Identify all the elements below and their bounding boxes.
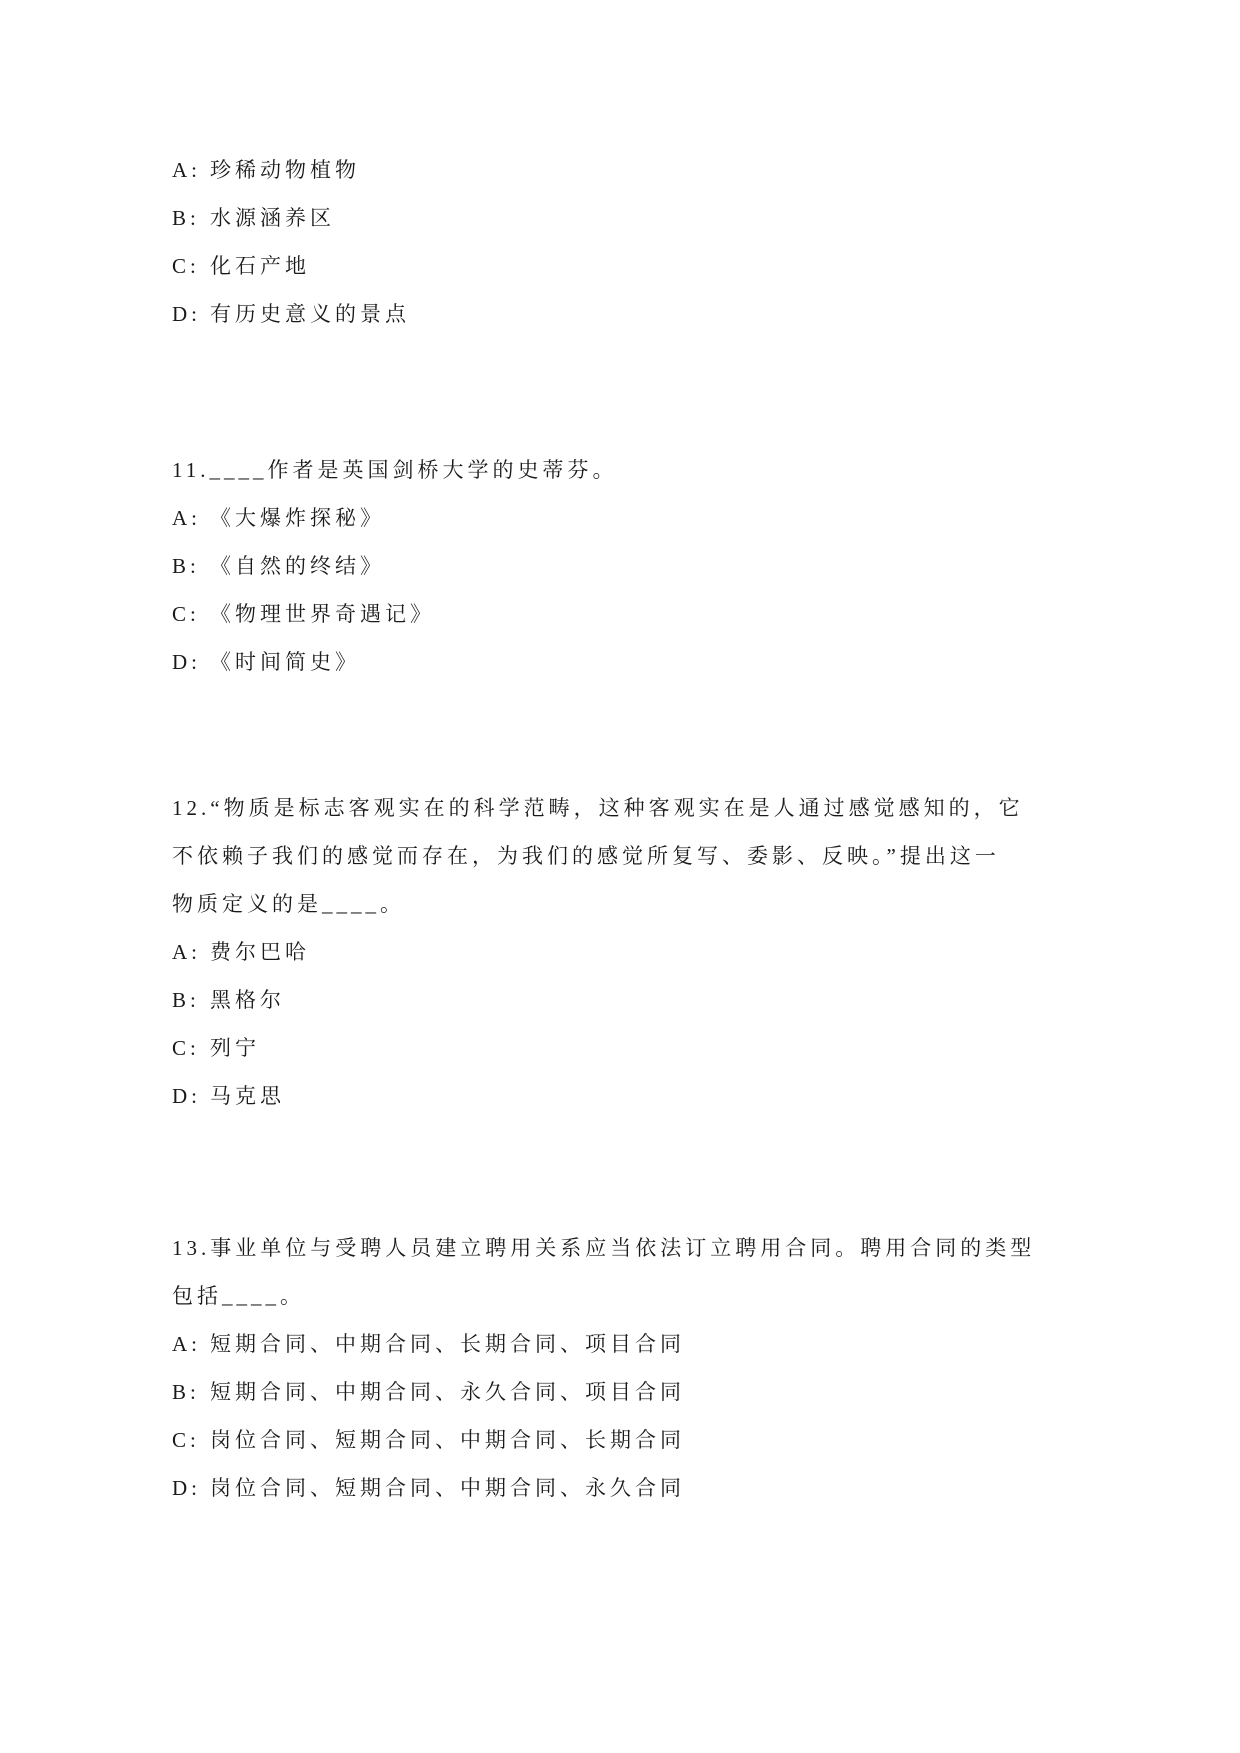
option-label: D:: [172, 638, 210, 686]
option-row: D:马克思: [172, 1072, 1180, 1120]
option-text: 《时间简史》: [210, 650, 360, 674]
option-label: C:: [172, 590, 210, 638]
option-row: D:岗位合同、短期合同、中期合同、永久合同: [172, 1464, 1180, 1512]
option-text: 有历史意义的景点: [210, 302, 410, 326]
option-text: 列宁: [210, 1036, 260, 1060]
option-row: A:《大爆炸探秘》: [172, 494, 1180, 542]
option-row: C:列宁: [172, 1024, 1180, 1072]
option-label: D:: [172, 1072, 210, 1120]
option-label: C:: [172, 242, 210, 290]
exam-document-page: A:珍稀动物植物 B:水源涵养区 C:化石产地 D:有历史意义的景点 11.__…: [0, 0, 1240, 1753]
option-label: B:: [172, 542, 210, 590]
question-12-block: 12.“物质是标志客观实在的科学范畴，这种客观实在是人通过感觉感知的，它 不依赖…: [172, 784, 1180, 1120]
question-13-block: 13.事业单位与受聘人员建立聘用关系应当依法订立聘用合同。聘用合同的类型 包括_…: [172, 1224, 1180, 1512]
question-stem-line: 13.事业单位与受聘人员建立聘用关系应当依法订立聘用合同。聘用合同的类型: [172, 1224, 1180, 1272]
option-text: 《大爆炸探秘》: [210, 506, 385, 530]
option-row: D:有历史意义的景点: [172, 290, 1180, 338]
option-label: A:: [172, 146, 210, 194]
option-text: 化石产地: [210, 254, 310, 278]
option-text: 水源涵养区: [210, 206, 335, 230]
option-text: 短期合同、中期合同、长期合同、项目合同: [210, 1332, 685, 1356]
question-10-options-block: A:珍稀动物植物 B:水源涵养区 C:化石产地 D:有历史意义的景点: [172, 146, 1180, 338]
question-11-block: 11.____作者是英国剑桥大学的史蒂芬。 A:《大爆炸探秘》 B:《自然的终结…: [172, 446, 1180, 686]
option-row: C:化石产地: [172, 242, 1180, 290]
option-text: 马克思: [210, 1084, 285, 1108]
option-text: 短期合同、中期合同、永久合同、项目合同: [210, 1380, 685, 1404]
option-label: A:: [172, 1320, 210, 1368]
option-row: A:费尔巴哈: [172, 928, 1180, 976]
question-stem-line: 不依赖子我们的感觉而存在，为我们的感觉所复写、委影、反映。”提出这一: [172, 832, 1180, 880]
option-label: C:: [172, 1024, 210, 1072]
option-row: D:《时间简史》: [172, 638, 1180, 686]
option-text: 费尔巴哈: [210, 940, 310, 964]
option-text: 珍稀动物植物: [210, 158, 360, 182]
option-row: A:短期合同、中期合同、长期合同、项目合同: [172, 1320, 1180, 1368]
question-stem-line: 包括____。: [172, 1272, 1180, 1320]
option-row: B:短期合同、中期合同、永久合同、项目合同: [172, 1368, 1180, 1416]
option-text: 岗位合同、短期合同、中期合同、永久合同: [210, 1476, 685, 1500]
option-label: B:: [172, 976, 210, 1024]
option-row: B:《自然的终结》: [172, 542, 1180, 590]
option-label: D:: [172, 290, 210, 338]
option-row: C:《物理世界奇遇记》: [172, 590, 1180, 638]
option-row: B:水源涵养区: [172, 194, 1180, 242]
option-label: A:: [172, 494, 210, 542]
option-text: 黑格尔: [210, 988, 285, 1012]
option-row: B:黑格尔: [172, 976, 1180, 1024]
option-row: C:岗位合同、短期合同、中期合同、长期合同: [172, 1416, 1180, 1464]
question-stem-line: 11.____作者是英国剑桥大学的史蒂芬。: [172, 446, 1180, 494]
option-label: A:: [172, 928, 210, 976]
option-label: B:: [172, 1368, 210, 1416]
option-row: A:珍稀动物植物: [172, 146, 1180, 194]
option-text: 《自然的终结》: [210, 554, 385, 578]
option-text: 岗位合同、短期合同、中期合同、长期合同: [210, 1428, 685, 1452]
question-stem-line: 物质定义的是____。: [172, 880, 1180, 928]
option-label: D:: [172, 1464, 210, 1512]
question-stem-line: 12.“物质是标志客观实在的科学范畴，这种客观实在是人通过感觉感知的，它: [172, 784, 1180, 832]
option-label: B:: [172, 194, 210, 242]
option-label: C:: [172, 1416, 210, 1464]
option-text: 《物理世界奇遇记》: [210, 602, 435, 626]
